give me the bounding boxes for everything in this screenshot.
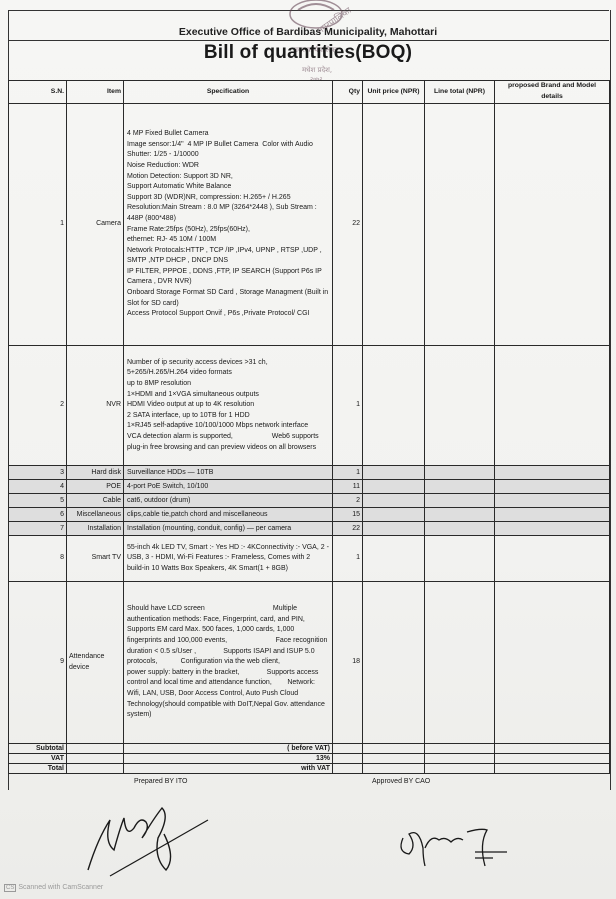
- table-row: 9Attendance deviceShould have LCD screen…: [9, 582, 610, 744]
- summary-row: Totalwith VAT: [9, 764, 610, 774]
- cell-sn: 2: [9, 346, 67, 466]
- spec-line: 2 SATA interface, up to 10TB for 1 HDD: [127, 411, 329, 422]
- summary-qty: [333, 744, 363, 754]
- cell-specification: 4 MP Fixed Bullet CameraImage sensor:1/4…: [124, 104, 333, 346]
- header-item: Item: [67, 81, 124, 104]
- cell-unit-price: [363, 522, 425, 536]
- cell-sn: 4: [9, 480, 67, 494]
- header-sn: S.N.: [9, 81, 67, 104]
- cell-brand-model: [495, 536, 610, 582]
- summary-line-total: [425, 754, 495, 764]
- spec-line: 4-port PoE Switch, 10/100: [127, 482, 329, 491]
- spec-line: 5+265/H.265/H.264 video formats: [127, 368, 329, 379]
- cell-brand-model: [495, 104, 610, 346]
- cell-item: POE: [67, 480, 124, 494]
- cell-qty: 15: [333, 508, 363, 522]
- cell-qty: 1: [333, 536, 363, 582]
- table-row: 7InstallationInstallation (mounting, con…: [9, 522, 610, 536]
- cell-line-total: [425, 522, 495, 536]
- summary-note: ( before VAT): [124, 744, 333, 754]
- summary-unit-price: [363, 764, 425, 774]
- spec-line: Support 3D (WDR)NR, compression: H.265+ …: [127, 193, 329, 204]
- cell-unit-price: [363, 104, 425, 346]
- summary-brand: [495, 744, 610, 754]
- summary-qty: [333, 764, 363, 774]
- cell-sn: 5: [9, 494, 67, 508]
- cell-qty: 22: [333, 104, 363, 346]
- cell-item: Attendance device: [67, 582, 124, 744]
- cell-sn: 3: [9, 466, 67, 480]
- spec-line: Resolution:Main Stream : 8.0 MP (3264*24…: [127, 203, 329, 224]
- cell-specification: Should have LCD screen Multiple authenti…: [124, 582, 333, 744]
- summary-row: Subtotal( before VAT): [9, 744, 610, 754]
- cell-item: Smart TV: [67, 536, 124, 582]
- boq-table: S.N. Item Specification Qty Unit price (…: [8, 80, 610, 774]
- table-row: 4POE4-port PoE Switch, 10/10011: [9, 480, 610, 494]
- summary-blank: [67, 754, 124, 764]
- cao-signature-icon: [395, 818, 515, 878]
- table-row: 6Miscellaneousclips,cable tie,patch chor…: [9, 508, 610, 522]
- summary-brand: [495, 754, 610, 764]
- spec-line: cat6, outdoor (drum): [127, 496, 329, 505]
- cell-qty: 1: [333, 466, 363, 480]
- cell-brand-model: [495, 346, 610, 466]
- cell-qty: 1: [333, 346, 363, 466]
- spec-line: up to 8MP resolution: [127, 379, 329, 390]
- table-row: 3Hard diskSurveillance HDDs — 10TB1: [9, 466, 610, 480]
- table-body: 1Camera4 MP Fixed Bullet CameraImage sen…: [9, 104, 610, 774]
- spec-line: Support Automatic White Balance: [127, 182, 329, 193]
- cell-line-total: [425, 346, 495, 466]
- cell-specification: 4-port PoE Switch, 10/100: [124, 480, 333, 494]
- prepared-by-label: Prepared BY ITO: [134, 778, 187, 785]
- summary-note: with VAT: [124, 764, 333, 774]
- cell-item: Cable: [67, 494, 124, 508]
- table-row: 8Smart TV55-inch 4k LED TV, Smart :- Yes…: [9, 536, 610, 582]
- cell-sn: 9: [9, 582, 67, 744]
- summary-line-total: [425, 744, 495, 754]
- cell-sn: 7: [9, 522, 67, 536]
- header-line-total: Line total (NPR): [425, 81, 495, 104]
- spec-line: Noise Reduction: WDR: [127, 161, 329, 172]
- spec-line: 55-inch 4k LED TV, Smart :- Yes HD :- 4K…: [127, 543, 329, 575]
- cell-line-total: [425, 494, 495, 508]
- cell-sn: 1: [9, 104, 67, 346]
- cell-item: NVR: [67, 346, 124, 466]
- cell-unit-price: [363, 582, 425, 744]
- header-unit-price: Unit price (NPR): [363, 81, 425, 104]
- cell-specification: cat6, outdoor (drum): [124, 494, 333, 508]
- document-title: Bill of quantities(BOQ): [0, 42, 616, 64]
- spec-line: Surveillance HDDs — 10TB: [127, 468, 329, 477]
- municipality-stamp-icon: नगरपालिका नगर कार्यपालिका मधेश प्रदेश, २…: [276, 0, 356, 82]
- cell-unit-price: [363, 480, 425, 494]
- spec-line: Image sensor:1/4" 4 MP IP Bullet Camera …: [127, 140, 329, 151]
- cell-brand-model: [495, 522, 610, 536]
- table-row: 5Cablecat6, outdoor (drum)2: [9, 494, 610, 508]
- svg-text:मधेश प्रदेश,: मधेश प्रदेश,: [302, 65, 332, 74]
- table-row: 1Camera4 MP Fixed Bullet CameraImage sen…: [9, 104, 610, 346]
- header-brand-model: proposed Brand and Model details: [495, 81, 610, 104]
- spec-line: HDMI Video output at up to 4K resolution: [127, 400, 329, 411]
- summary-label: Subtotal: [9, 744, 67, 754]
- cell-item: Camera: [67, 104, 124, 346]
- spec-line: Shutter: 1/25 - 1/10000: [127, 150, 329, 161]
- spec-line: 4 MP Fixed Bullet Camera: [127, 129, 329, 140]
- summary-note: 13%: [124, 754, 333, 764]
- cell-unit-price: [363, 346, 425, 466]
- spec-line: IP FILTER, PPPOE , DDNS ,FTP, IP SEARCH …: [127, 267, 329, 288]
- cell-line-total: [425, 466, 495, 480]
- cell-specification: clips,cable tie,patch chord and miscella…: [124, 508, 333, 522]
- cell-unit-price: [363, 536, 425, 582]
- cell-brand-model: [495, 494, 610, 508]
- cell-specification: Number of ip security access devices >31…: [124, 346, 333, 466]
- spec-line: Access Protocol Support Onvif , P6s ,Pri…: [127, 309, 329, 320]
- spec-line: Network Protocals:HTTP , TCP /IP ,IPv4, …: [127, 246, 329, 267]
- spec-line: 1×RJ45 self-adaptive 10/100/1000 Mbps ne…: [127, 421, 329, 432]
- cell-item: Hard disk: [67, 466, 124, 480]
- cell-brand-model: [495, 466, 610, 480]
- summary-label: Total: [9, 764, 67, 774]
- cell-qty: 2: [333, 494, 363, 508]
- scanned-page: नगरपालिका नगर कार्यपालिका मधेश प्रदेश, २…: [0, 0, 616, 899]
- summary-qty: [333, 754, 363, 764]
- spec-line: Motion Detection: Support 3D NR,: [127, 172, 329, 183]
- cell-item: Installation: [67, 522, 124, 536]
- spec-line: 1×HDMI and 1×VGA simultaneous outputs: [127, 390, 329, 401]
- summary-label: VAT: [9, 754, 67, 764]
- cell-qty: 22: [333, 522, 363, 536]
- cell-line-total: [425, 536, 495, 582]
- header-specification: Specification: [124, 81, 333, 104]
- cell-item: Miscellaneous: [67, 508, 124, 522]
- cell-specification: 55-inch 4k LED TV, Smart :- Yes HD :- 4K…: [124, 536, 333, 582]
- organization-name: Executive Office of Bardibas Municipalit…: [0, 26, 616, 38]
- cell-qty: 11: [333, 480, 363, 494]
- table-row: 2NVRNumber of ip security access devices…: [9, 346, 610, 466]
- cell-line-total: [425, 508, 495, 522]
- cell-qty: 18: [333, 582, 363, 744]
- cell-unit-price: [363, 508, 425, 522]
- spec-line: ethernet: RJ- 45 10M / 100M: [127, 235, 329, 246]
- table-header-row: S.N. Item Specification Qty Unit price (…: [9, 81, 610, 104]
- cell-line-total: [425, 104, 495, 346]
- summary-brand: [495, 764, 610, 774]
- summary-unit-price: [363, 754, 425, 764]
- summary-blank: [67, 764, 124, 774]
- spec-line: VCA detection alarm is supported, Web6 s…: [127, 432, 329, 453]
- spec-line: Number of ip security access devices >31…: [127, 358, 329, 369]
- summary-line-total: [425, 764, 495, 774]
- ito-signature-icon: [80, 798, 210, 878]
- cell-brand-model: [495, 508, 610, 522]
- cell-brand-model: [495, 582, 610, 744]
- cell-sn: 6: [9, 508, 67, 522]
- camscanner-watermark: CSScanned with CamScanner: [4, 884, 103, 892]
- spec-line: Should have LCD screen Multiple authenti…: [127, 604, 329, 721]
- cell-line-total: [425, 480, 495, 494]
- cell-sn: 8: [9, 536, 67, 582]
- summary-blank: [67, 744, 124, 754]
- approved-by-label: Approved BY CAO: [372, 778, 430, 785]
- cell-specification: Installation (mounting, conduit, config)…: [124, 522, 333, 536]
- spec-line: Installation (mounting, conduit, config)…: [127, 524, 329, 533]
- summary-row: VAT13%: [9, 754, 610, 764]
- summary-unit-price: [363, 744, 425, 754]
- spec-line: clips,cable tie,patch chord and miscella…: [127, 510, 329, 519]
- cell-brand-model: [495, 480, 610, 494]
- cell-specification: Surveillance HDDs — 10TB: [124, 466, 333, 480]
- cell-line-total: [425, 582, 495, 744]
- spec-line: Frame Rate:25fps (50Hz), 25fps(60Hz),: [127, 225, 329, 236]
- spec-line: Onboard Storage Format SD Card , Storage…: [127, 288, 329, 309]
- camscanner-logo-icon: CS: [4, 884, 16, 892]
- cell-unit-price: [363, 466, 425, 480]
- cell-unit-price: [363, 494, 425, 508]
- header-qty: Qty: [333, 81, 363, 104]
